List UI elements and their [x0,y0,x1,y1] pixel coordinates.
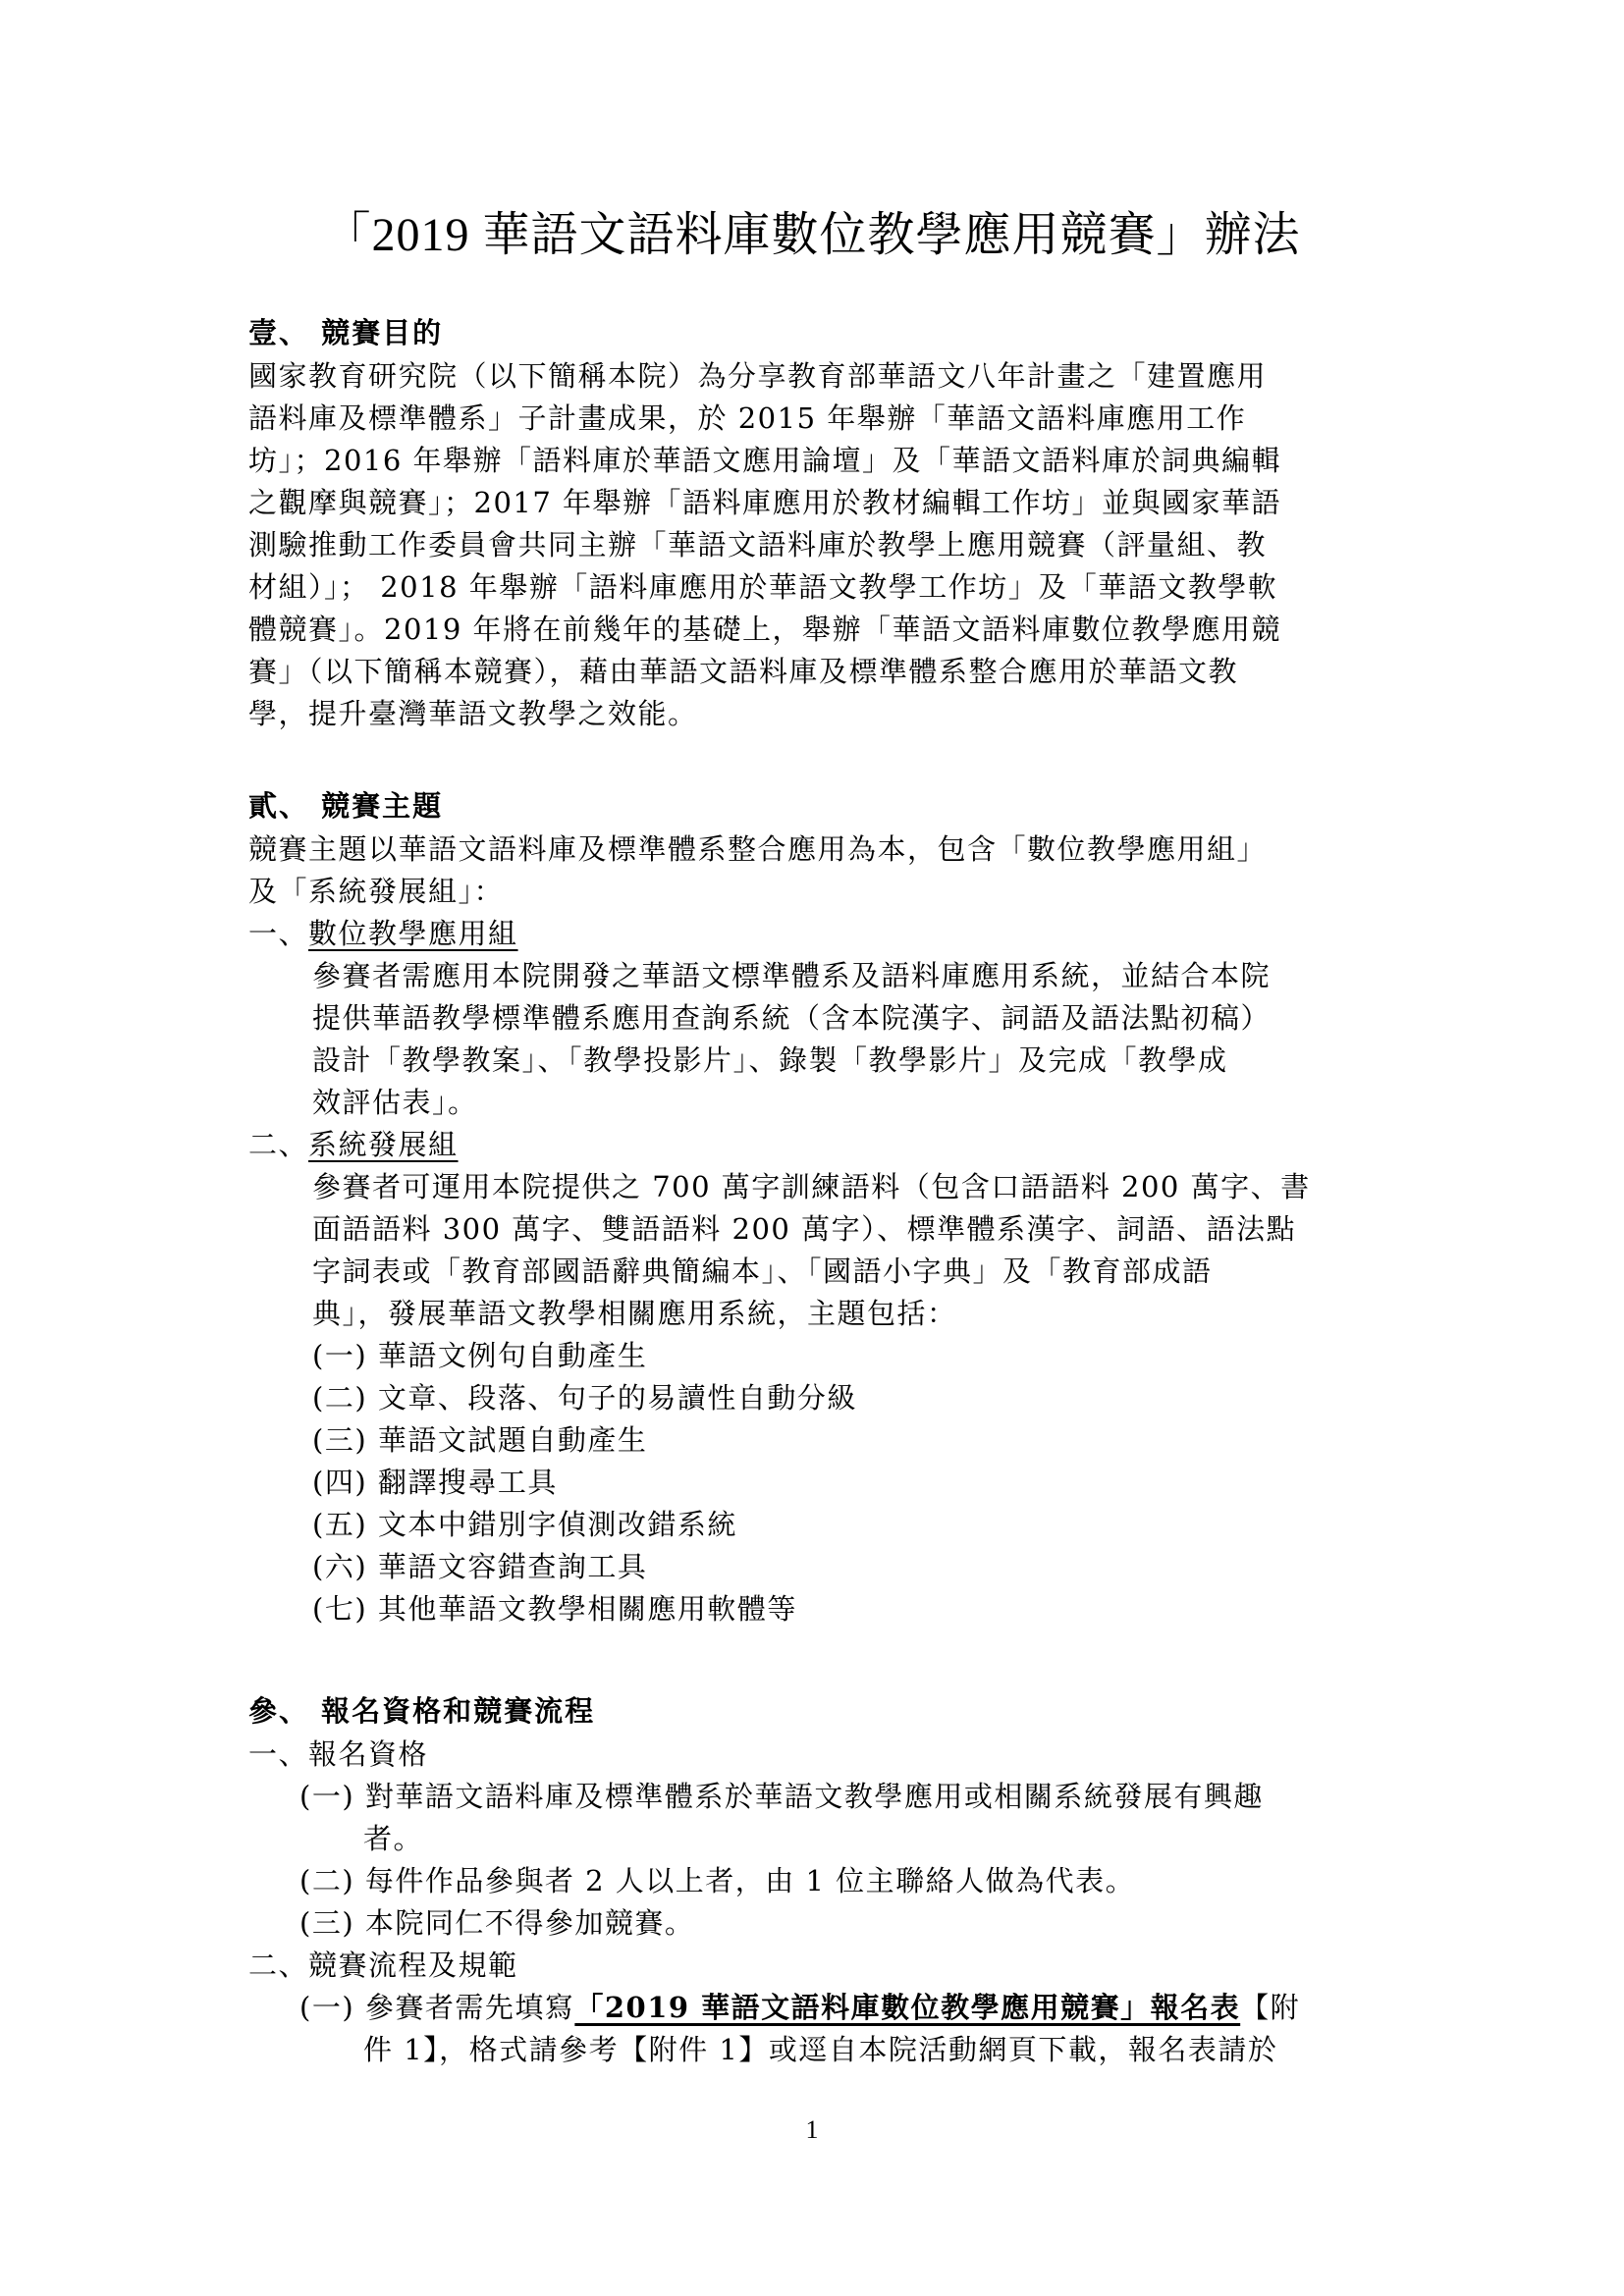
paragraph-line: 之觀摩與競賽」；2017 年舉辦「語料庫應用於教材編輯工作坊」並與國家華語 [248,482,1281,524]
section-heading-purpose: 壹、 競賽目的 [248,312,443,354]
paragraph-line: 提供華語教學標準體系應用查詢系統（含本院漢字、詞語及語法點初稿） [312,997,1271,1040]
subsection-heading-eligibility: 一、報名資格 [248,1734,428,1776]
eligibility-item: (二) 每件作品參與者 2 人以上者，由 1 位主聯絡人做為代表。 [299,1860,1135,1902]
paragraph-line: 典」，發展華語文教學相關應用系統，主題包括： [312,1293,957,1335]
paragraph-line: 面語語料 300 萬字、雙語語料 200 萬字）、標準體系漢字、詞語、語法點 [312,1208,1296,1251]
document-title: 「2019 華語文語料庫數位教學應用競賽」辦法 [0,201,1624,270]
process-item-suffix: 【附 [1240,1991,1300,2024]
section-heading-theme: 貳、 競賽主題 [248,785,443,828]
paragraph-line: 字詞表或「教育部國語辭典簡編本」、「國語小字典」及「教育部成語 [312,1251,1213,1293]
topic-item: (一) 華語文例句自動產生 [312,1335,647,1377]
group-label: 系統發展組 [308,1128,459,1161]
paragraph-line: 設計「教學教案」、「教學投影片」、錄製「教學影片」及完成「教學成 [312,1040,1228,1082]
topic-item: (二) 文章、段落、句子的易讀性自動分級 [312,1377,857,1419]
eligibility-item: (一) 對華語文語料庫及標準體系於華語文教學應用或相關系統發展有興趣 [299,1776,1264,1818]
paragraph-line: 參賽者可運用本院提供之 700 萬字訓練語料（包含口語語料 200 萬字、書 [312,1166,1311,1208]
group-heading-system-development: 二、系統發展組 [248,1124,459,1166]
group-prefix: 一、 [248,917,308,950]
group-prefix: 二、 [248,1128,308,1161]
paragraph-line: 語料庫及標準體系」子計畫成果，於 2015 年舉辦「華語文語料庫應用工作 [248,398,1246,440]
paragraph-line: 坊」；2016 年舉辦「語料庫於華語文應用論壇」及「華語文語料庫於詞典編輯 [248,440,1281,482]
section-heading-eligibility-process: 參、 報名資格和競賽流程 [248,1690,595,1733]
paragraph-line: 國家教育研究院（以下簡稱本院）為分享教育部華語文八年計畫之「建置應用 [248,355,1267,398]
process-item-continuation: 件 1】，格式請參考【附件 1】或逕自本院活動網頁下載，報名表請於 [363,2029,1277,2071]
paragraph-line: 材組）」； 2018 年舉辦「語料庫應用於華語文教學工作坊」及「華語文教學軟 [248,566,1277,609]
eligibility-item-continuation: 者。 [363,1818,423,1860]
topic-item: (三) 華語文試題自動產生 [312,1419,647,1462]
subsection-heading-process: 二、競賽流程及規範 [248,1945,518,1987]
paragraph-line: 效評估表」。 [312,1082,478,1124]
topic-item: (五) 文本中錯別字偵測改錯系統 [312,1504,737,1546]
process-item: (一) 參賽者需先填寫「2019 華語文語料庫數位教學應用競賽」報名表【附 [299,1987,1300,2029]
paragraph-line: 體競賽」。2019 年將在前幾年的基礎上，舉辦「華語文語料庫數位教學應用競 [248,609,1281,651]
eligibility-item: (三) 本院同仁不得參加競賽。 [299,1902,694,1945]
paragraph-line: 學，提升臺灣華語文教學之效能。 [248,693,698,735]
topic-item: (四) 翻譯搜尋工具 [312,1462,558,1504]
page-number: 1 [0,2115,1624,2145]
process-item-prefix: (一) 參賽者需先填寫 [299,1991,574,2024]
document-page: 「2019 華語文語料庫數位教學應用競賽」辦法 壹、 競賽目的 國家教育研究院（… [0,0,1624,2296]
group-heading-digital-teaching: 一、數位教學應用組 [248,913,518,955]
paragraph-line: 測驗推動工作委員會共同主辦「華語文語料庫於教學上應用競賽（評量組、教 [248,524,1267,566]
paragraph-line: 競賽主題以華語文語料庫及標準體系整合應用為本，包含「數位教學應用組」 [248,828,1267,871]
paragraph-line: 賽」（以下簡稱本競賽），藉由華語文語料庫及標準體系整合應用於華語文教 [248,651,1238,693]
paragraph-line: 及「系統發展組」： [248,871,504,913]
topic-item: (六) 華語文容錯查詢工具 [312,1546,647,1588]
topic-item: (七) 其他華語文教學相關應用軟體等 [312,1588,797,1630]
group-label: 數位教學應用組 [308,917,518,950]
paragraph-line: 參賽者需應用本院開發之華語文標準體系及語料庫應用系統，並結合本院 [312,955,1271,997]
registration-form-link[interactable]: 「2019 華語文語料庫數位教學應用競賽」報名表 [574,1991,1240,2024]
